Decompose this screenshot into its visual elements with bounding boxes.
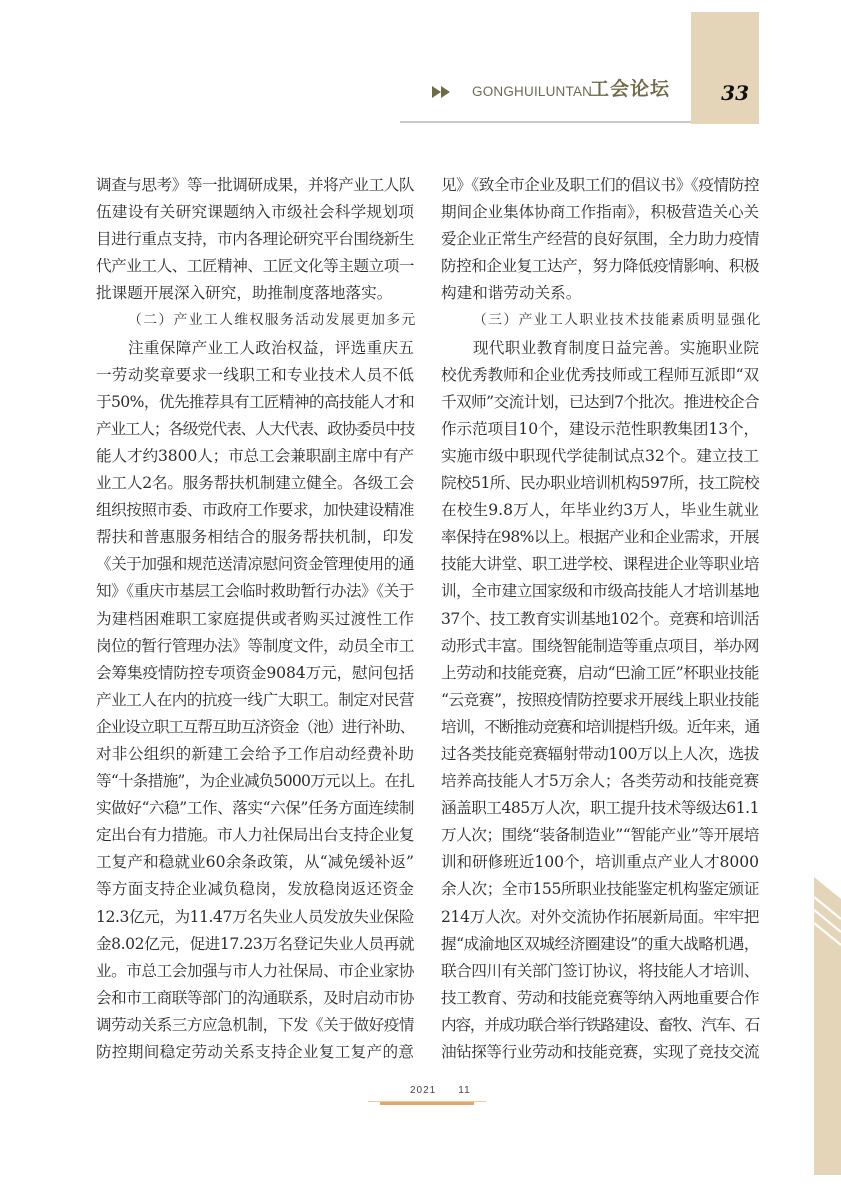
right-column: 见》《致全市企业及职工们的倡议书》《疫情防控期间企业集体协商工作指南》，积极营造… <box>441 172 759 1066</box>
text-line: 联合四川有关部门签订协议，将技能人才培训、 <box>441 958 759 985</box>
text-line: 万人次；围绕“装备制造业”“智能产业”等开展培 <box>441 822 759 849</box>
text-line: 业。市总工会加强与市人力社保局、市企业家协 <box>96 958 414 985</box>
text-line: 现代职业教育制度日益完善。实施职业院 <box>441 335 759 362</box>
footer-year: 2021 <box>410 1085 436 1096</box>
text-line: 率保持在98%以上。根据产业和企业需求，开展 <box>441 524 759 551</box>
page-number-tab: 33 <box>691 12 759 124</box>
text-line: 产业工人；各级党代表、人大代表、政协委员中技 <box>96 416 414 443</box>
footer-rule-accent <box>380 1102 474 1105</box>
text-line: 期间企业集体协商工作指南》，积极营造关心关 <box>441 199 759 226</box>
text-line: 构建和谐劳动关系。 <box>441 280 759 307</box>
text-line: 见》《致全市企业及职工们的倡议书》《疫情防控 <box>441 172 759 199</box>
text-line: 培养高技能人才5万余人；各类劳动和技能竞赛 <box>441 768 759 795</box>
text-line: 在校生9.8万人，年毕业约3万人，毕业生就业 <box>441 497 759 524</box>
section-subheading: （三）产业工人职业技术技能素质明显强化 <box>441 307 759 334</box>
decorative-stripe <box>814 877 841 1175</box>
text-line: 内容，并成功联合举行铁路建设、畜牧、汽车、石 <box>441 1012 759 1039</box>
text-line: 帮扶和普惠服务相结合的服务帮扶机制，印发 <box>96 524 414 551</box>
text-line: 等方面支持企业减负稳岗，发放稳岗返还资金 <box>96 876 414 903</box>
text-line: 为建档困难职工家庭提供或者购买过渡性工作 <box>96 606 414 633</box>
text-line: 目进行重点支持，市内各理论研究平台围绕新生 <box>96 226 414 253</box>
text-line: 214万人次。对外交流协作拓展新局面。牢牢把 <box>441 904 759 931</box>
text-line: 12.3亿元，为11.47万名失业人员发放失业保险 <box>96 904 414 931</box>
text-line: 一劳动奖章要求一线职工和专业技术人员不低 <box>96 362 414 389</box>
text-line: 院校51所、民办职业培训机构597所，技工院校 <box>441 470 759 497</box>
text-line: 等“十条措施”，为企业减负5000万元以上。在扎 <box>96 768 414 795</box>
text-line: 握“成渝地区双城经济圈建设”的重大战略机遇， <box>441 931 759 958</box>
text-line: 上劳动和技能竞赛，启动“巴渝工匠”杯职业技能 <box>441 660 759 687</box>
text-line: 作示范项目10个，建设示范性职教集团13个， <box>441 416 759 443</box>
text-line: 技工教育、劳动和技能竞赛等纳入两地重要合作 <box>441 985 759 1012</box>
text-line: 培训，不断推动竞赛和培训提档升级。近年来，通 <box>441 714 759 741</box>
text-line: 实做好“六稳”工作、落实“六保”任务方面连续制 <box>96 795 414 822</box>
text-line: 校优秀教师和企业优秀技师或工程师互派即“双 <box>441 362 759 389</box>
text-line: 过各类技能竞赛辐射带动100万以上人次，选拔 <box>441 741 759 768</box>
footer-issue: 11 <box>458 1085 470 1096</box>
text-line: “云竞赛”，按照疫情防控要求开展线上职业技能 <box>441 687 759 714</box>
footer-issue-info: 202111 <box>410 1085 471 1097</box>
text-line: 技能大讲堂、职工进学校、课程进企业等职业培 <box>441 551 759 578</box>
text-line: 千双师”交流计划，已达到7个批次。推进校企合 <box>441 389 759 416</box>
text-line: 训，全市建立国家级和市级高技能人才培训基地 <box>441 578 759 605</box>
text-line: 代产业工人、工匠精神、工匠文化等主题立项一 <box>96 253 414 280</box>
header-rule <box>400 121 691 123</box>
text-line: 余人次；全市155所职业技能鉴定机构鉴定颁证 <box>441 876 759 903</box>
text-line: 防控期间稳定劳动关系支持企业复工复产的意 <box>96 1039 414 1066</box>
text-line: 于50%，优先推荐具有工匠精神的高技能人才和 <box>96 389 414 416</box>
text-line: 定出台有力措施。市人力社保局出台支持企业复 <box>96 822 414 849</box>
text-line: 会筹集疫情防控专项资金9084万元，慰问包括 <box>96 660 414 687</box>
text-line: 会和市工商联等部门的沟通联系，及时启动市协 <box>96 985 414 1012</box>
text-line: 工复产和稳就业60余条政策，从“减免缓补返” <box>96 849 414 876</box>
text-line: 实施市级中职现代学徒制试点32个。建立技工 <box>441 443 759 470</box>
text-line: 防控和企业复工达产，努力降低疫情影响、积极 <box>441 253 759 280</box>
text-line: 37个、技工教育实训基地102个。竞赛和培训活 <box>441 606 759 633</box>
text-line: 企业设立职工互帮互助互济资金（池）进行补助、 <box>96 714 414 741</box>
text-line: 动形式丰富。围绕智能制造等重点项目，举办网 <box>441 633 759 660</box>
section-title-cn: 工会论坛 <box>590 76 670 102</box>
text-line: 对非公组织的新建工会给予工作启动经费补助 <box>96 741 414 768</box>
text-line: 组织按照市委、市政府工作要求，加快建设精准 <box>96 497 414 524</box>
text-line: 油钻探等行业劳动和技能竞赛，实现了竞技交流 <box>441 1039 759 1066</box>
text-line: 知》《重庆市基层工会临时救助暂行办法》《关于 <box>96 578 414 605</box>
text-line: 产业工人在内的抗疫一线广大职工。制定对民营 <box>96 687 414 714</box>
section-title-latin: GONGHUILUNTAN <box>472 83 592 101</box>
left-column: 调查与思考》等一批调研成果，并将产业工人队伍建设有关研究课题纳入市级社会科学规划… <box>96 172 414 1066</box>
text-line: 能人才约3800人；市总工会兼职副主席中有产 <box>96 443 414 470</box>
text-line: 金8.02亿元，促进17.23万名登记失业人员再就 <box>96 931 414 958</box>
text-line: 训和研修班近100个，培训重点产业人才8000 <box>441 849 759 876</box>
section-subheading: （二）产业工人维权服务活动发展更加多元 <box>96 307 414 334</box>
text-line: 调劳动关系三方应急机制，下发《关于做好疫情 <box>96 1012 414 1039</box>
page-number: 33 <box>691 81 749 105</box>
text-line: 注重保障产业工人政治权益，评选重庆五 <box>96 335 414 362</box>
double-arrow-right-icon <box>432 85 452 99</box>
text-line: 调查与思考》等一批调研成果，并将产业工人队 <box>96 172 414 199</box>
text-line: 岗位的暂行管理办法》等制度文件，动员全市工 <box>96 633 414 660</box>
text-line: 批课题开展深入研究，助推制度落地落实。 <box>96 280 414 307</box>
text-line: 《关于加强和规范送清凉慰问资金管理使用的通 <box>96 551 414 578</box>
text-line: 伍建设有关研究课题纳入市级社会科学规划项 <box>96 199 414 226</box>
text-line: 爱企业正常生产经营的良好氛围，全力助力疫情 <box>441 226 759 253</box>
text-line: 涵盖职工485万人次，职工提升技术等级达61.1 <box>441 795 759 822</box>
text-line: 业工人2名。服务帮扶机制建立健全。各级工会 <box>96 470 414 497</box>
